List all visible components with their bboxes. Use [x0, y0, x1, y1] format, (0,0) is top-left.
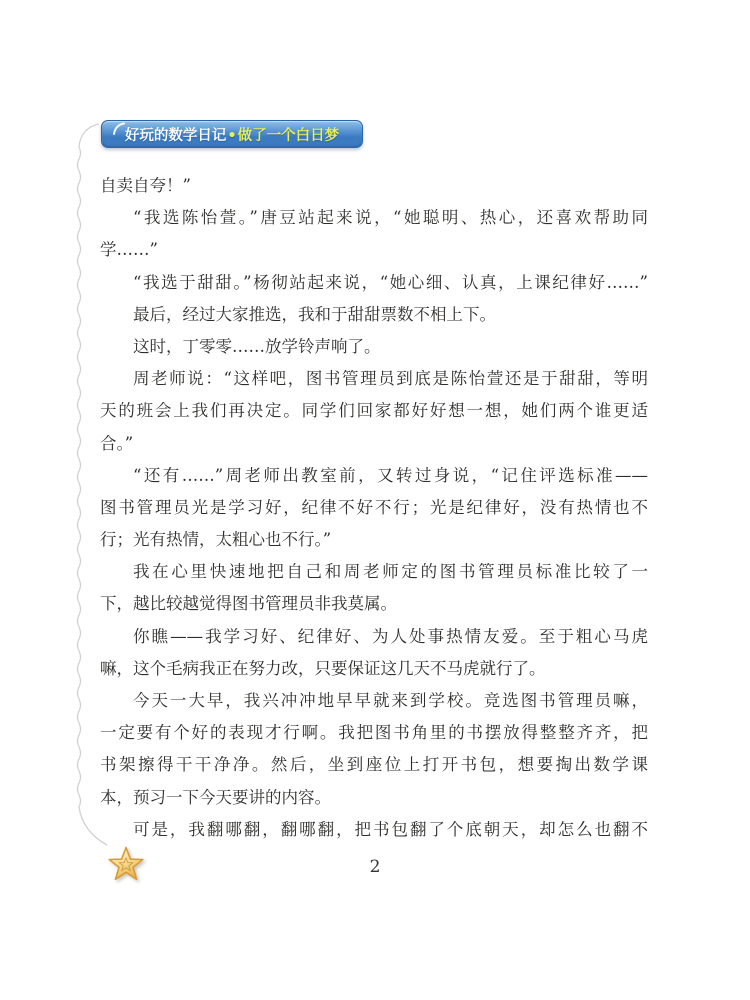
series-title: 好玩的数学日记 — [125, 128, 227, 144]
chapter-banner: 好玩的数学日记•做了一个白日梦 — [101, 120, 363, 148]
text-line: 合。” — [100, 428, 648, 460]
text-line: 学……” — [100, 234, 648, 266]
book-page: 好玩的数学日记•做了一个白日梦 自卖自夸！”“我选陈怡萱。”唐豆站起来说，“她聪… — [0, 0, 750, 1000]
text-line: 嘛，这个毛病我正在努力改，只要保证这几天不马虎就行了。 — [100, 653, 648, 685]
banner-text: 好玩的数学日记•做了一个白日梦 — [125, 124, 339, 145]
text-line: 最后，经过大家推选，我和于甜甜票数不相上下。 — [100, 299, 648, 331]
text-line: 周老师说：“这样吧，图书管理员到底是陈怡萱还是于甜甜，等明 — [100, 363, 648, 395]
text-line: 书架擦得干干净净。然后，坐到座位上打开书包，想要掏出数学课 — [100, 749, 648, 781]
body-text: 自卖自夸！”“我选陈怡萱。”唐豆站起来说，“她聪明、热心，还喜欢帮助同学……”“… — [100, 170, 648, 846]
text-line: 一定要有个好的表现才行啊。我把图书角里的书摆放得整整齐齐，把 — [100, 717, 648, 749]
text-line: 今天一大早，我兴冲冲地早早就来到学校。竞选图书管理员嘛， — [100, 685, 648, 717]
text-line: “我选陈怡萱。”唐豆站起来说，“她聪明、热心，还喜欢帮助同 — [100, 202, 648, 234]
text-line: “还有……”周老师出教室前，又转过身说，“记住评选标准—— — [100, 460, 648, 492]
text-line: 可是，我翻哪翻，翻哪翻，把书包翻了个底朝天，却怎么也翻不 — [100, 814, 648, 846]
text-line: 行；光有热情，太粗心也不行。” — [100, 524, 648, 556]
text-line: “我选于甜甜。”杨彻站起来说，“她心细、认真，上课纪律好……” — [100, 267, 648, 299]
chapter-title: 做了一个白日梦 — [238, 128, 340, 144]
text-line: 我在心里快速地把自己和周老师定的图书管理员标准比较了一 — [100, 556, 648, 588]
text-line: 自卖自夸！” — [100, 170, 648, 202]
text-line: 下，越比较越觉得图书管理员非我莫属。 — [100, 588, 648, 620]
text-line: 你瞧——我学习好、纪律好、为人处事热情友爱。至于粗心马虎 — [100, 621, 648, 653]
text-line: 天的班会上我们再决定。同学们回家都好好想一想，她们两个谁更适 — [100, 395, 648, 427]
text-line: 这时，丁零零……放学铃声响了。 — [100, 331, 648, 363]
text-line: 图书管理员光是学习好，纪律不好不行；光是纪律好，没有热情也不 — [100, 492, 648, 524]
text-line: 本，预习一下今天要讲的内容。 — [100, 782, 648, 814]
dot-separator: • — [226, 128, 237, 144]
page-number: 2 — [0, 857, 750, 877]
banner-swoosh-icon — [112, 122, 126, 136]
